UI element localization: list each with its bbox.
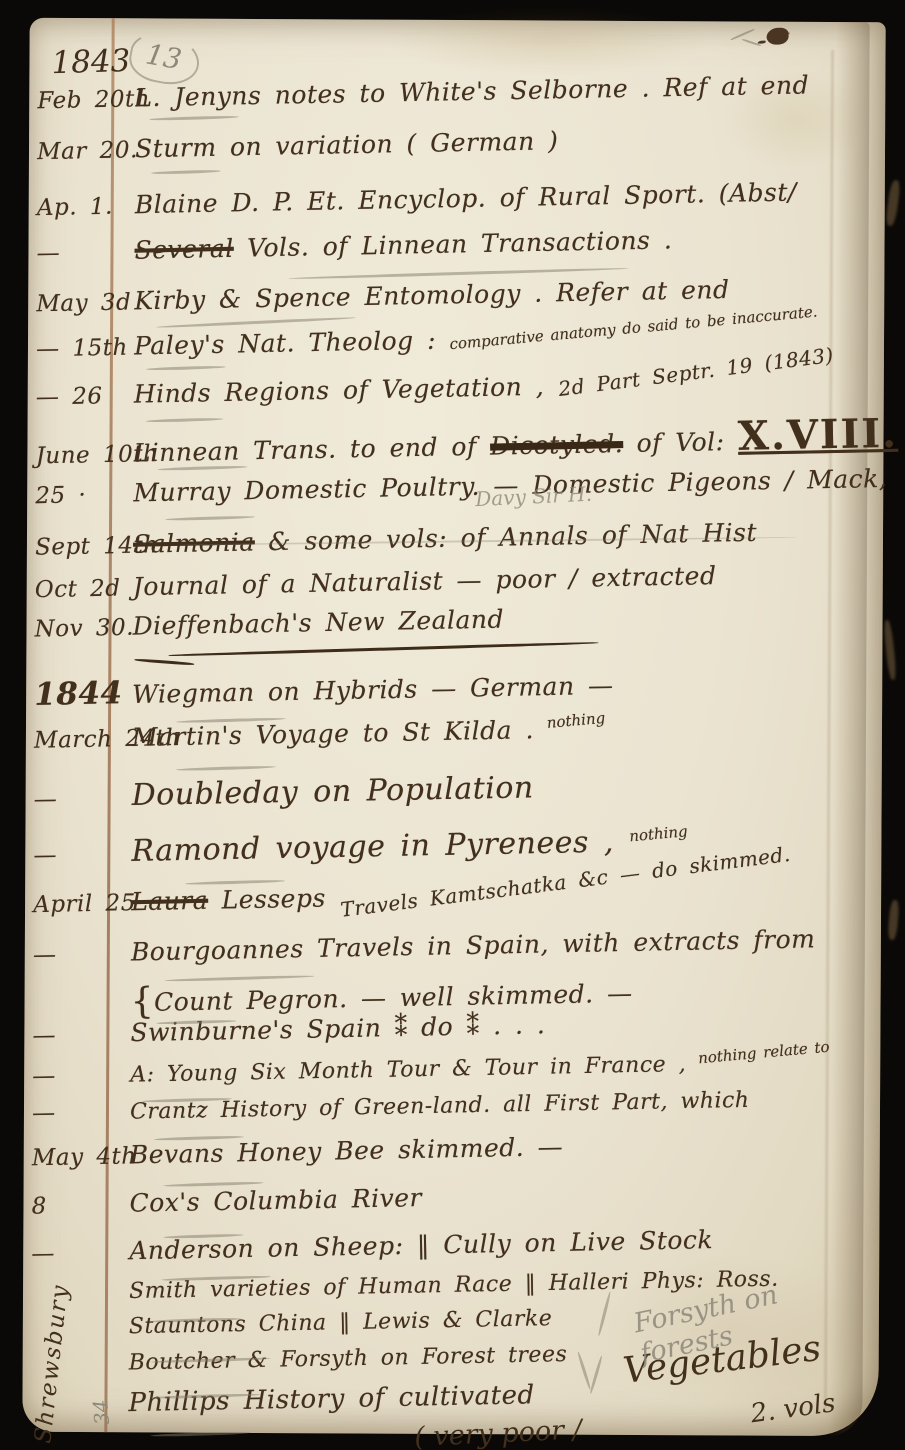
notebook-entry: —Crantz History of Green-land. all First… [32,1087,750,1127]
entry-date: — [36,239,134,267]
notebook-entry: —Ramond voyage in Pyrenees , nothing [33,823,688,871]
entry-text: Journal of a Naturalist — poor / extract… [133,561,717,601]
entry-text: Paley's Nat. Theolog : [134,326,436,361]
pencil-annotation-davy: Davy Sir H. [475,482,593,511]
entry-text: of Vol: [636,427,725,458]
entry-text: Kirby & Spence Entomology . Refer at end [134,275,730,315]
notebook-entry: —A: Young Six Month Tour & Tour in Franc… [32,1048,831,1089]
entry-note: nothing relate to [698,1038,831,1068]
entry-text: Bourgoannes Travels in Spain, with extra… [131,924,816,966]
entry-text: A: Young Six Month Tour & Tour in France… [130,1052,686,1088]
entry-text: Count Pegron. — well skimmed. — [154,979,633,1017]
adjacent-page-ink-mark [887,900,899,941]
entry-date: March 24th [34,726,132,754]
entry-date: 25 · [35,481,133,509]
entry-text: Ramond voyage in Pyrenees , [131,825,614,869]
entry-text: Crantz History of Green-land. all First … [130,1088,750,1125]
entry-text: Anderson on Sheep: ‖ Cully on Live Stock [129,1225,713,1265]
notebook-entry: April 25Laura Lesseps Travels Kamtschatk… [33,875,793,919]
entry-date: — 26 [36,383,134,411]
entry-date: Oct 2d [35,575,133,603]
adjacent-page-ink-mark [883,620,897,681]
entry-date: Mar 20. [37,137,135,165]
entry-date: Sept 14th [35,533,133,561]
notebook-entry: Boutcher & Forsyth on Forest trees [30,1342,567,1377]
notebook-entry: Stauntons China ‖ Lewis & Clarke [31,1306,553,1341]
entry-strike-text: Laura [131,886,209,916]
pencil-squiggle [165,515,255,521]
pencil-mark [577,1351,592,1390]
notebook-entry: May 3dKirby & Spence Entomology . Refer … [36,275,730,317]
entry-text: Hinds Regions of Vegetation , [134,372,545,409]
entry-text: Cox's Columbia River [129,1183,422,1218]
volume-number: X.VIII. [737,410,898,460]
ink-blot [767,28,789,45]
entry-date: May 4th [32,1143,130,1171]
pencil-squiggle [176,765,276,771]
entry-date: Nov 30. [34,615,132,643]
entry-text: Lesseps [221,883,326,914]
entry-text: Doubleday on Population [131,770,534,813]
pencil-scratch [742,38,762,46]
entry-note: nothing [628,822,688,845]
entry-date: — [33,940,131,968]
notebook-entry: —Several Vols. of Linnean Transactions . [36,225,672,266]
entry-date: April 25 [33,890,131,918]
entry-note-poor: ( very poor / [414,1414,583,1450]
adjacent-page-ink-mark [885,180,901,227]
notebook-entry: — 15thPaley's Nat. Theolog : comparative… [36,318,819,362]
ink-underline [134,658,194,665]
entry-text: Sturm on variation ( German ) [135,126,559,163]
entry-text: Blaine D. P. Et. Encyclop. of Rural Spor… [135,178,798,220]
entry-date: — [31,1239,129,1267]
pencil-squiggle [150,1431,250,1437]
entry-strike-text: Dicotyled. [490,429,624,461]
page-number-circled: 13 [126,29,203,90]
entry-text: & some vols: of Annals of Nat Hist [268,518,757,556]
pencil-squiggle [149,115,239,121]
pencil-mark [589,1355,603,1394]
notebook-entry: 1844Wiegman on Hybrids — German — [34,666,614,713]
entry-date: — [33,785,131,813]
pencil-mark [597,1291,611,1336]
brace-mark: { [130,981,154,1022]
entry-text: Linnean Trans. to end of [133,432,477,468]
entry-strike-text: Several [134,234,234,265]
paper-stain [389,6,709,78]
entry-date: — 15th [36,334,134,362]
entry-volume-count: 2. vols [749,1388,837,1429]
entry-text: Dieffenbach's New Zealand [132,605,504,641]
entry-text: Wiegman on Hybrids — German — [132,671,614,709]
entry-text: Vols. of Linnean Transactions . [247,225,673,262]
entry-date: Ap. 1. [37,193,135,221]
entry-date: — [32,1062,130,1090]
entry-date: Feb 20th [37,86,135,114]
ink-underline [168,641,598,657]
entry-date: May 3d [36,289,134,317]
notebook-entry: —Anderson on Sheep: ‖ Cully on Live Stoc… [31,1225,713,1267]
notebook-page: 1843 13 Feb 20thL. Jenyns notes to White… [22,18,885,1436]
entry-date: June 10th [35,441,133,469]
pencil-squiggle [146,365,226,370]
scanned-notebook-photo: { "heading": { "year": "1843", "page_num… [0,0,905,1450]
year-heading: 1843 [51,43,131,81]
notebook-entry: Ap. 1.Blaine D. P. Et. Encyclop. of Rura… [37,178,797,222]
entry-text: Stauntons China ‖ Lewis & Clarke [129,1306,553,1339]
notebook-entry: March 24thMartin's Voyage to St Kilda . … [34,714,606,754]
notebook-entry: May 4thBevans Honey Bee skimmed. — [32,1132,564,1171]
notebook-entry: Nov 30.Dieffenbach's New Zealand [34,605,504,643]
notebook-entry: Mar 20.Sturm on variation ( German ) [37,126,559,165]
entry-date: — [32,1021,130,1049]
entry-text: Phillips History of cultivated [128,1380,535,1418]
pencil-squiggle [151,170,221,175]
notebook-entry: Smith varieties of Human Race ‖ Halleri … [31,1267,779,1306]
entry-text: L. Jenyns notes to White's Selborne . Re… [135,70,809,112]
entry-date: — [32,1099,130,1127]
entry-note: nothing [546,709,606,732]
entry-date [33,1011,131,1013]
notebook-entry: Oct 2dJournal of a Naturalist — poor / e… [35,561,717,603]
notebook-entry: —Bourgoannes Travels in Spain, with extr… [33,924,816,968]
entry-date: 1844 [34,675,133,713]
entry-note: comparative anatomy do said to be inaccu… [449,303,818,354]
page-edge-shadow [828,22,869,1436]
entry-date: — [33,841,131,869]
folio-number: 34 [88,1398,114,1425]
notebook-entry: 8Cox's Columbia River [31,1183,422,1219]
notebook-entry: — 26Hinds Regions of Vegetation , 2d Par… [36,366,835,410]
